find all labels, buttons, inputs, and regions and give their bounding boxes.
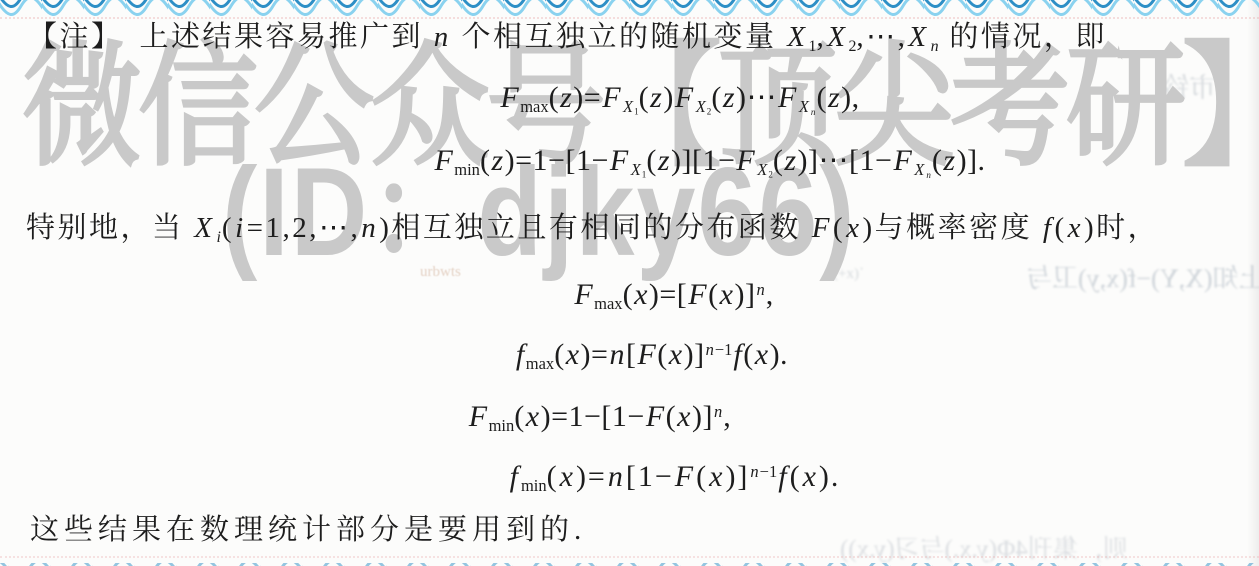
top-wave-border bbox=[0, 0, 1259, 16]
bottom-wave-border bbox=[0, 558, 1259, 566]
note-intro-paragraph: 【注】 上述结果容易推广到 n 个相互独立的随机变量 X1,X2,⋯,Xn 的情… bbox=[28, 21, 1107, 56]
faint-dotted-line bbox=[0, 17, 1259, 19]
equation-fmax-x: fmax(x)=n[F(x)]n−1f(x). bbox=[22, 337, 1259, 374]
closing-paragraph: 这些结果在数理统计部分是要用到的. bbox=[30, 514, 586, 547]
equation-Fmin-z: Fmin(z)=1−[1−FX1(z)][1−FX2(z)]⋯[1−FXn(z)… bbox=[80, 143, 1259, 181]
equation-Fmax-z: Fmax(z)=FX1(z)FX2(z)⋯FXn(z), bbox=[50, 80, 1259, 118]
equation-Fmin-x: Fmin(x)=1−[1−F(x)]n, bbox=[0, 399, 1229, 436]
equation-Fmax-x: Fmax(x)=[F(x)]n, bbox=[44, 277, 1259, 314]
special-case-paragraph: 特别地，当 Xi(i=1,2,⋯,n)相互独立且有相同的分布函数 F(x)与概率… bbox=[26, 212, 1159, 247]
scanned-textbook-page: 微信公众号【顶尖考研】 (ID：djky66) 市钤 上知(X,Y)−f(x,y… bbox=[0, 0, 1259, 566]
equation-fmin-x: fmin(x)=n[1−F(x)]n−1f(x). bbox=[45, 459, 1259, 496]
